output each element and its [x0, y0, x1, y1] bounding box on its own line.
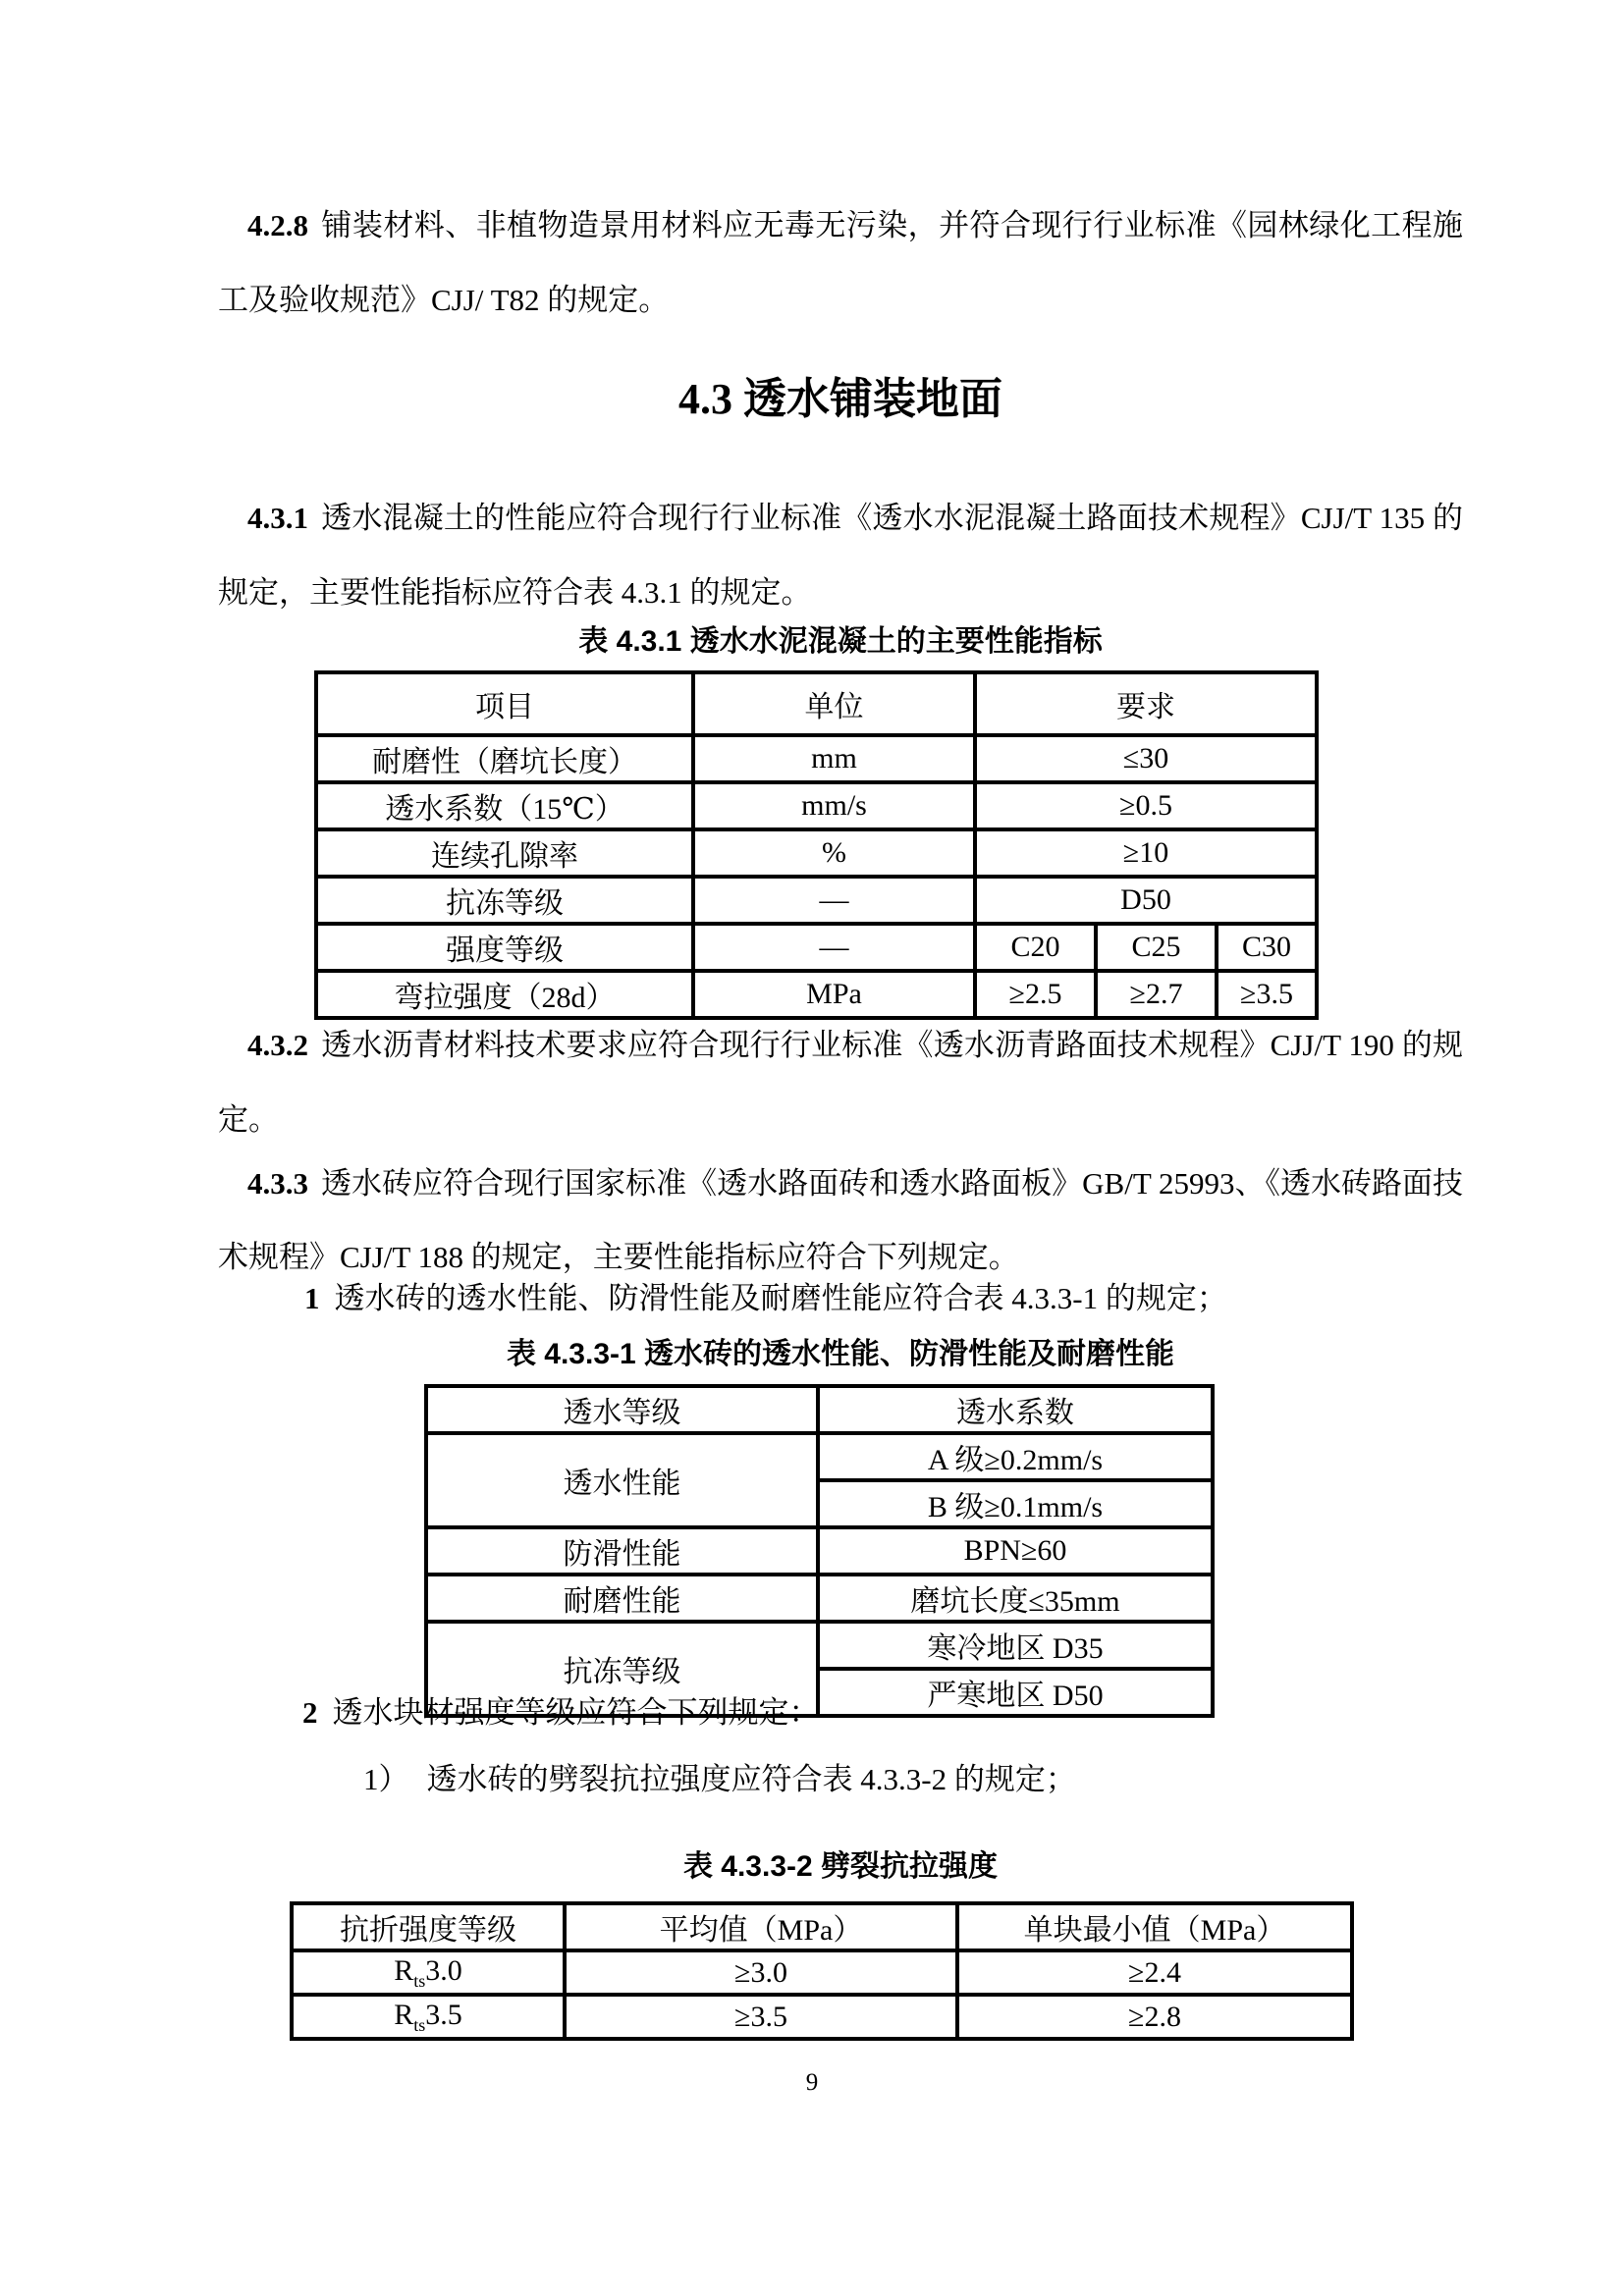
table-4-3-3-2-caption: 表 4.3.3-2 劈裂抗拉强度 — [218, 1849, 1463, 1885]
cell: ≥0.5 — [975, 782, 1317, 829]
clause-4-3-3-line-1: 4.3.3透水砖应符合现行国家标准《透水路面砖和透水路面板》GB/T 25993… — [247, 1165, 1463, 1203]
page-number: 9 — [0, 2069, 1624, 2097]
grade-symbol: R — [394, 1999, 413, 2031]
header-cell: 单位 — [693, 672, 975, 735]
cell: 耐磨性（磨坑长度） — [316, 735, 693, 782]
cell: ≥3.0 — [565, 1950, 957, 1995]
header-cell: 要求 — [975, 672, 1317, 735]
cell: 磨坑长度≤35mm — [818, 1575, 1213, 1622]
cell: 弯拉强度（28d） — [316, 971, 693, 1018]
header-cell: 单块最小值（MPa） — [957, 1903, 1352, 1950]
cell: Rts3.0 — [292, 1950, 565, 1995]
cell: MPa — [693, 971, 975, 1018]
cell: mm — [693, 735, 975, 782]
header-cell: 抗折强度等级 — [292, 1903, 565, 1950]
sub-item-number: 1） — [363, 1762, 409, 1796]
clause-number: 4.3.3 — [247, 1166, 308, 1201]
clause-4-3-1-line-1: 4.3.1透水混凝土的性能应符合现行行业标准《透水水泥混凝土路面技术规程》CJJ… — [247, 500, 1463, 538]
clause-4-2-8-line-1: 4.2.8铺装材料、非植物造景用材料应无毒无污染，并符合现行行业标准《园林绿化工… — [247, 207, 1463, 245]
table-4-3-3-1: 透水等级 透水系数 透水性能 A 级≥0.2mm/s B 级≥0.1mm/s 防… — [424, 1384, 1215, 1718]
clause-text: 铺装材料、非植物造景用材料应无毒无污染，并符合现行行业标准《园林绿化工程施 — [321, 208, 1463, 242]
document-page: 4.2.8铺装材料、非植物造景用材料应无毒无污染，并符合现行行业标准《园林绿化工… — [0, 0, 1624, 2296]
cell: ≤30 — [975, 735, 1317, 782]
cell: 防滑性能 — [426, 1527, 818, 1575]
header-cell: 项目 — [316, 672, 693, 735]
clause-number: 4.3.1 — [247, 501, 308, 535]
item-number: 1 — [304, 1281, 320, 1315]
cell: 强度等级 — [316, 924, 693, 971]
clause-4-3-2-line-1: 4.3.2透水沥青材料技术要求应符合现行行业标准《透水沥青路面技术规程》CJJ/… — [247, 1027, 1463, 1065]
cell: mm/s — [693, 782, 975, 829]
clause-4-3-2-line-2: 定。 — [218, 1101, 1463, 1140]
cell: 抗冻等级 — [316, 877, 693, 924]
header-cell: 透水等级 — [426, 1386, 818, 1433]
item-number: 2 — [302, 1695, 318, 1730]
cell: 寒冷地区 D35 — [818, 1622, 1213, 1669]
cell: C20 — [975, 924, 1096, 971]
item-text: 透水块材强度等级应符合下列规定： — [333, 1695, 820, 1730]
cell: ≥2.4 — [957, 1950, 1352, 1995]
clause-4-2-8-line-2: 工及验收规范》CJJ/ T82 的规定。 — [218, 282, 1463, 320]
table-4-3-3-2: 抗折强度等级 平均值（MPa） 单块最小值（MPa） Rts3.0 ≥3.0 ≥… — [290, 1901, 1354, 2041]
cell: ≥10 — [975, 829, 1317, 877]
clause-number: 4.3.2 — [247, 1028, 308, 1062]
header-cell: 透水系数 — [818, 1386, 1213, 1433]
grade-value: 3.5 — [425, 1999, 462, 2031]
cell: ≥2.5 — [975, 971, 1096, 1018]
clause-4-3-3-line-2: 术规程》CJJ/T 188 的规定，主要性能指标应符合下列规定。 — [218, 1239, 1463, 1277]
cell: 耐磨性能 — [426, 1575, 818, 1622]
clause-text: 透水混凝土的性能应符合现行行业标准《透水水泥混凝土路面技术规程》CJJ/T 13… — [321, 501, 1463, 535]
cell: D50 — [975, 877, 1317, 924]
item-text: 透水砖的透水性能、防滑性能及耐磨性能应符合表 4.3.3-1 的规定； — [335, 1281, 1227, 1315]
list-item-2: 2透水块材强度等级应符合下列规定： — [302, 1694, 820, 1733]
cell: 严寒地区 D50 — [818, 1669, 1213, 1716]
header-cell: 平均值（MPa） — [565, 1903, 957, 1950]
list-item-2-1: 1）透水砖的劈裂抗拉强度应符合表 4.3.3-2 的规定； — [363, 1761, 1076, 1799]
grade-symbol: R — [394, 1954, 413, 1987]
section-heading-4-3: 4.3 透水铺装地面 — [218, 375, 1463, 425]
list-item-1: 1透水砖的透水性能、防滑性能及耐磨性能应符合表 4.3.3-1 的规定； — [304, 1280, 1227, 1318]
cell: BPN≥60 — [818, 1527, 1213, 1575]
table-4-3-1: 项目 单位 要求 耐磨性（磨坑长度） mm ≤30 透水系数（15℃） mm/s… — [314, 670, 1319, 1020]
cell: Rts3.5 — [292, 1995, 565, 2039]
cell: — — [693, 924, 975, 971]
clause-number: 4.2.8 — [247, 208, 308, 242]
cell: ≥2.8 — [957, 1995, 1352, 2039]
cell: ≥3.5 — [565, 1995, 957, 2039]
sub-item-text: 透水砖的劈裂抗拉强度应符合表 4.3.3-2 的规定； — [427, 1762, 1076, 1796]
cell: 连续孔隙率 — [316, 829, 693, 877]
table-4-3-3-1-caption: 表 4.3.3-1 透水砖的透水性能、防滑性能及耐磨性能 — [218, 1337, 1463, 1372]
cell: 透水性能 — [426, 1433, 818, 1527]
clause-4-3-1-line-2: 规定，主要性能指标应符合表 4.3.1 的规定。 — [218, 574, 1463, 613]
cell: C30 — [1217, 924, 1317, 971]
cell: ≥3.5 — [1217, 971, 1317, 1018]
cell: % — [693, 829, 975, 877]
cell: A 级≥0.2mm/s — [818, 1433, 1213, 1480]
cell: C25 — [1096, 924, 1217, 971]
grade-value: 3.0 — [425, 1954, 462, 1987]
cell: ≥2.7 — [1096, 971, 1217, 1018]
clause-text: 透水沥青材料技术要求应符合现行行业标准《透水沥青路面技术规程》CJJ/T 190… — [321, 1028, 1463, 1062]
clause-text: 透水砖应符合现行国家标准《透水路面砖和透水路面板》GB/T 25993、《透水砖… — [321, 1166, 1463, 1201]
cell: — — [693, 877, 975, 924]
cell: 透水系数（15℃） — [316, 782, 693, 829]
table-4-3-1-caption: 表 4.3.1 透水水泥混凝土的主要性能指标 — [218, 624, 1463, 660]
grade-subscript: ts — [413, 2015, 425, 2035]
cell: B 级≥0.1mm/s — [818, 1480, 1213, 1527]
grade-subscript: ts — [413, 1971, 425, 1991]
